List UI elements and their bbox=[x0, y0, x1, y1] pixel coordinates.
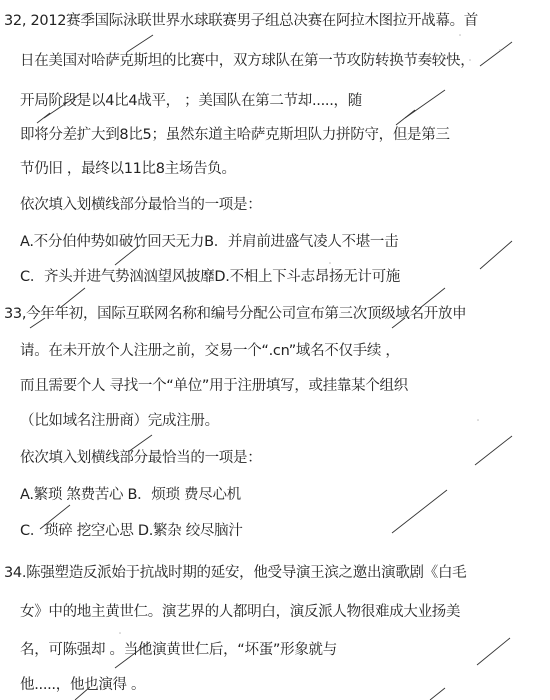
q32-options-ab: A.不分伯仲势如破竹回天无力B．并肩前进盛气凌人不堪一击 bbox=[20, 232, 398, 252]
q34-line-2: 女》中的地主黄世仁。演艺界的人都明白，演反派人物很难成大业扬美 bbox=[20, 602, 460, 622]
document-page: 32, 2012赛季国际泳联世界水球联赛男子组总决赛在阿拉木图拉开战幕。首 日在… bbox=[0, 0, 550, 700]
q34-line-4: 他.....，他也演得 。 bbox=[20, 675, 145, 695]
q32-line-5: 节仍旧 ，最终以11比8主场告负。 bbox=[20, 159, 236, 179]
q32-line-1: 32, 2012赛季国际泳联世界水球联赛男子组总决赛在阿拉木图拉开战幕。首 bbox=[4, 11, 478, 31]
q33-prompt: 依次填入划横线部分最恰当的一项是： bbox=[20, 448, 261, 468]
q33-line-4: （比如域名注册商）完成注册。 bbox=[20, 411, 219, 431]
q34-line-3: 名，可陈强却 。当他演黄世仁后，“坏蛋”形象就与 bbox=[20, 640, 337, 660]
q32-line-3: 开局阶段是以4比4战平， ；美国队在第二节却.....，随 bbox=[20, 91, 362, 111]
q33-line-2: 请。在未开放个人注册之前，交易一个“.cn”域名不仅手续 ， bbox=[20, 341, 400, 361]
q32-line-2: 日在美国对哈萨克斯坦的比赛中，双方球队在第一节攻防转换节奏较快， bbox=[20, 51, 474, 71]
q34-line-1: 34.陈强塑造反派始于抗战时期的延安，他受导演王滨之邀出演歌剧《白毛 bbox=[4, 563, 466, 583]
q33-options-cd: C．琐碎 挖空心思 D.繁杂 绞尽脑汁 bbox=[20, 521, 243, 541]
q32-options-cd: C．齐头并进气势汹汹望风披靡D.不相上下斗志昂扬无计可施 bbox=[20, 267, 400, 287]
q33-line-3: 而且需要个人 寻找一个“单位”用于注册填写，或挂靠某个组织 bbox=[20, 376, 408, 396]
q32-line-4: 即将分差扩大到8比5；虽然东道主哈萨克斯坦队力拼防守，但是第三 bbox=[20, 125, 450, 145]
q32-prompt: 依次填入划横线部分最恰当的一项是： bbox=[20, 195, 261, 215]
q33-options-ab: A.繁琐 煞费苦心 B．烦琐 费尽心机 bbox=[20, 485, 241, 505]
q33-line-1: 33,今年年初，国际互联网名称和编号分配公司宣布第三次顶级域名开放申 bbox=[4, 304, 466, 324]
